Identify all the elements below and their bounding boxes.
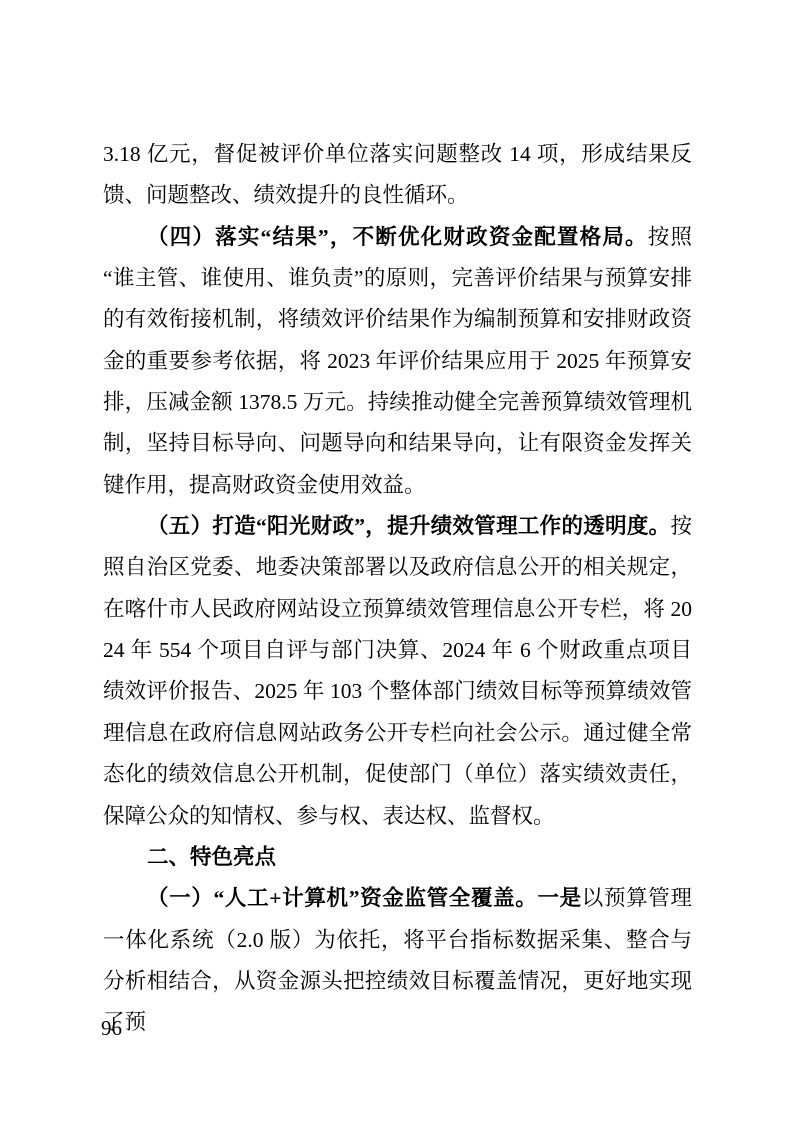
paragraph-section-4: （四）落实“结果”，不断优化财政资金配置格局。按照“谁主管、谁使用、谁负责”的原… [103,217,692,506]
paragraph-text: 按照自治区党委、地委决策部署以及政府信息公开的相关规定，在喀什市人民政府网站设立… [103,514,692,827]
section-1-lead: （一）“人工+计算机”资金监管全覆盖。一是 [147,886,582,910]
section-4-lead: （四）落实“结果”，不断优化财政资金配置格局。 [147,225,648,249]
page-number: 96 [101,1013,122,1043]
paragraph-section-5: （五）打造“阳光财政”，提升绩效管理工作的透明度。按照自治区党委、地委决策部署以… [103,506,692,837]
section-heading-highlights: 二、特色亮点 [103,837,692,878]
paragraph-continuation: 3.18 亿元，督促被评价单位落实问题整改 14 项，形成结果反馈、问题整改、绩… [103,134,692,217]
paragraph-section-1: （一）“人工+计算机”资金监管全覆盖。一是以预算管理一体化系统（2.0 版）为依… [103,878,692,1043]
document-body: 3.18 亿元，督促被评价单位落实问题整改 14 项，形成结果反馈、问题整改、绩… [103,134,692,1044]
paragraph-text: 3.18 亿元，督促被评价单位落实问题整改 14 项，形成结果反馈、问题整改、绩… [103,142,692,207]
section-5-lead: （五）打造“阳光财政”，提升绩效管理工作的透明度。 [147,514,670,538]
document-page: 3.18 亿元，督促被评价单位落实问题整改 14 项，形成结果反馈、问题整改、绩… [0,0,793,1122]
paragraph-text: 按照“谁主管、谁使用、谁负责”的原则，完善评价结果与预算安排的有效衔接机制，将绩… [103,225,692,497]
